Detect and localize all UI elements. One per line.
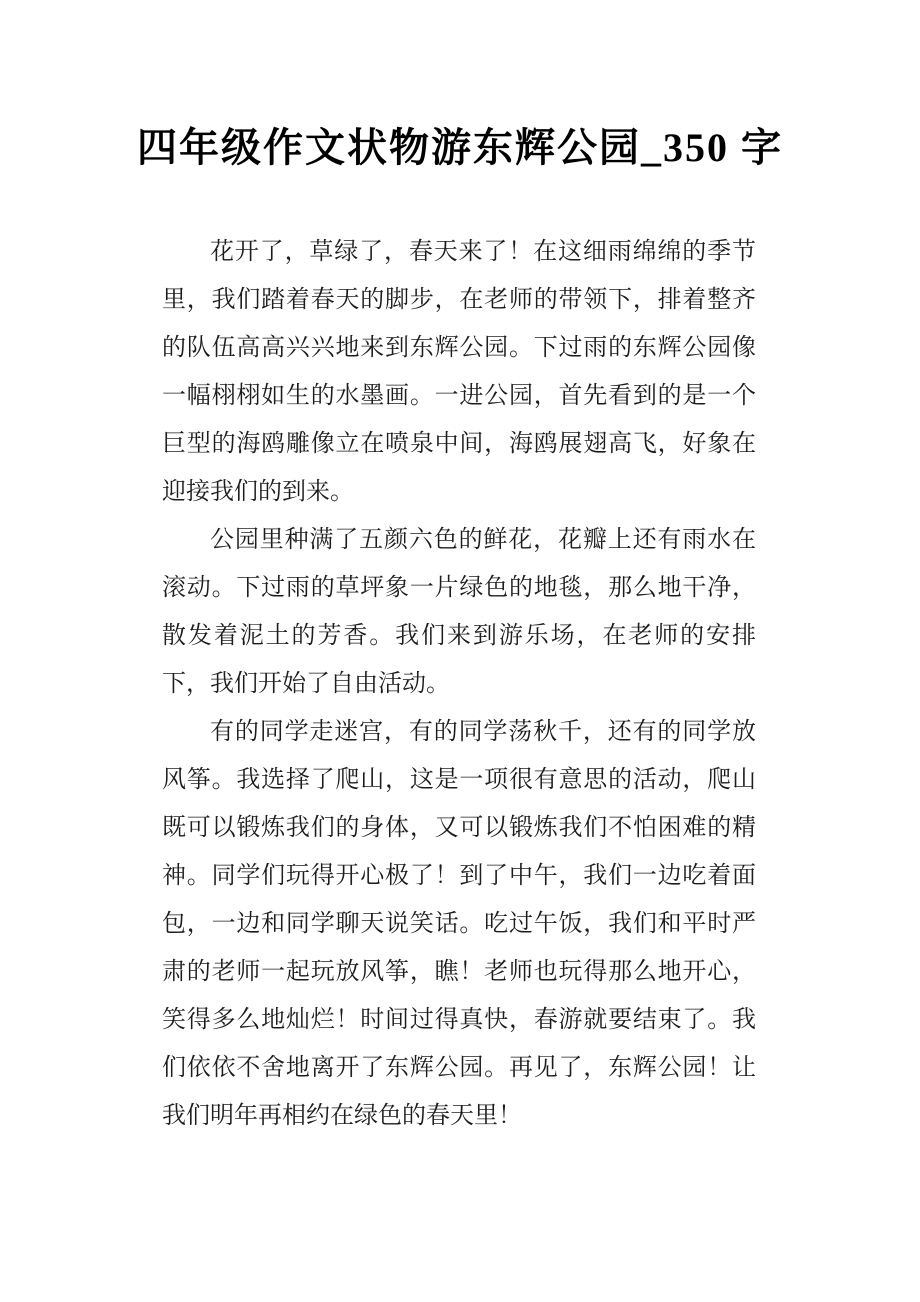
- essay-paragraph-1: 花开了，草绿了，春天来了！在这细雨绵绵的季节里，我们踏着春天的脚步，在老师的带领…: [162, 228, 756, 516]
- document-page: 四年级作文状物游东辉公园_350 字 花开了，草绿了，春天来了！在这细雨绵绵的季…: [0, 0, 920, 1302]
- essay-paragraph-3: 有的同学走迷宫，有的同学荡秋千，还有的同学放风筝。我选择了爬山，这是一项很有意思…: [162, 708, 756, 1140]
- page-title: 四年级作文状物游东辉公园_350 字: [0, 116, 920, 173]
- essay-paragraph-2: 公园里种满了五颜六色的鲜花，花瓣上还有雨水在滚动。下过雨的草坪象一片绿色的地毯，…: [162, 516, 756, 708]
- essay-body: 花开了，草绿了，春天来了！在这细雨绵绵的季节里，我们踏着春天的脚步，在老师的带领…: [162, 228, 756, 1140]
